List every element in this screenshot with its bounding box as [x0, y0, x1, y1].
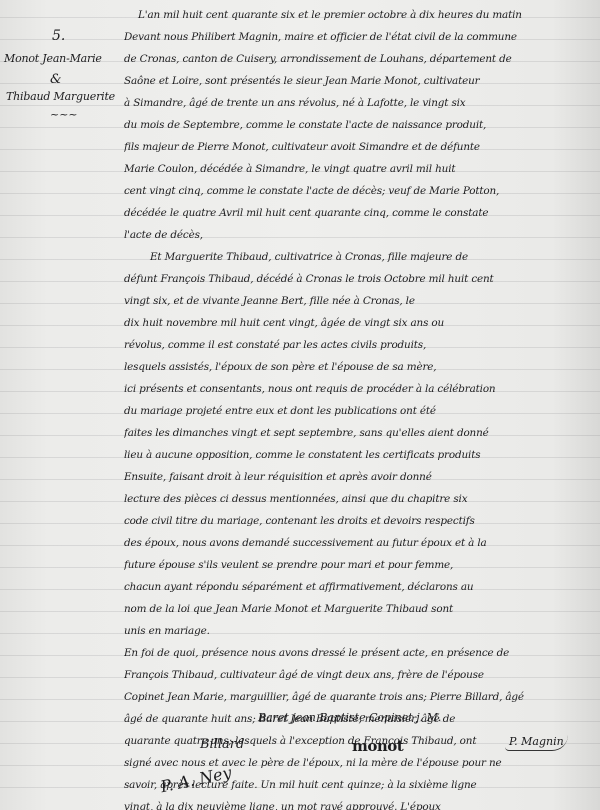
text-line: vingt six, et de vivante Jeanne Bert, fi… [124, 290, 594, 312]
text-line: unis en mariage. [124, 620, 594, 642]
text-line: Et Marguerite Thibaud, cultivatrice à Cr… [124, 246, 594, 268]
text-line: chacun ayant répondu séparément et affir… [124, 576, 594, 598]
text-line: Marie Coulon, décédée à Simandre, le vin… [124, 158, 594, 180]
text-line: Devant nous Philibert Magnin, maire et o… [124, 26, 594, 48]
text-line: lecture des pièces ci dessus mentionnées… [124, 488, 594, 510]
text-line: lieu à aucune opposition, comme le const… [124, 444, 594, 466]
text-line: En foi de quoi, présence nous avons dres… [124, 642, 594, 664]
text-line: à Simandre, âgé de trente un ans révolus… [124, 92, 594, 114]
text-line: du mariage projeté entre eux et dont les… [124, 400, 594, 422]
signature-groom: monot [352, 737, 403, 755]
text-line: du mois de Septembre, comme le constate … [124, 114, 594, 136]
signature-billard: Billard [200, 737, 244, 752]
text-line: ici présents et consentants, nous ont re… [124, 378, 594, 400]
text-line: dix huit novembre mil huit cent vingt, â… [124, 312, 594, 334]
text-line: l'acte de décès, [124, 224, 594, 246]
groom-margin-name: Monot Jean-Marie [4, 52, 102, 65]
text-line: révolus, comme il est constaté par les a… [124, 334, 594, 356]
text-line: des époux, nous avons demandé successive… [124, 532, 594, 554]
bride-margin-name: Thibaud Marguerite [6, 90, 115, 103]
document-page: 5. Monot Jean-Marie & Thibaud Marguerite… [0, 0, 600, 810]
text-line: vingt, à la dix neuvième ligne, un mot r… [124, 796, 594, 810]
text-line: future épouse s'ils veulent se prendre p… [124, 554, 594, 576]
paragraph-bride: Et Marguerite Thibaud, cultivatrice à Cr… [124, 246, 594, 642]
paragraph-groom: L'an mil huit cent quarante six et le pr… [124, 4, 594, 246]
margin-flourish: ~~~ [50, 108, 78, 121]
signature-mayor: P. Magnin [505, 735, 568, 751]
text-line: décédée le quatre Avril mil huit cent qu… [124, 202, 594, 224]
text-line: défunt François Thibaud, décédé à Cronas… [124, 268, 594, 290]
text-line: de Cronas, canton de Cuisery, arrondisse… [124, 48, 594, 70]
text-line: François Thibaud, cultivateur âgé de vin… [124, 664, 594, 686]
witness-signatures: Baret jean Baptiste Copinet j. M. [258, 711, 441, 724]
text-line: faites les dimanches vingt et sept septe… [124, 422, 594, 444]
text-line: code civil titre du mariage, contenant l… [124, 510, 594, 532]
margin-ampersand: & [50, 72, 62, 87]
text-line: Copinet Jean Marie, marguillier, âgé de … [124, 686, 594, 708]
margin-annotation: 5. Monot Jean-Marie & Thibaud Marguerite… [0, 0, 118, 120]
text-line: L'an mil huit cent quarante six et le pr… [124, 4, 594, 26]
record-body: L'an mil huit cent quarante six et le pr… [124, 4, 594, 810]
text-line: nom de la loi que Jean Marie Monot et Ma… [124, 598, 594, 620]
text-line: cent vingt cinq, comme le constate l'act… [124, 180, 594, 202]
entry-number: 5. [52, 28, 65, 44]
text-line: Ensuite, faisant droit à leur réquisitio… [124, 466, 594, 488]
text-line: Saône et Loire, sont présentés le sieur … [124, 70, 594, 92]
text-line: fils majeur de Pierre Monot, cultivateur… [124, 136, 594, 158]
text-line: lesquels assistés, l'époux de son père e… [124, 356, 594, 378]
